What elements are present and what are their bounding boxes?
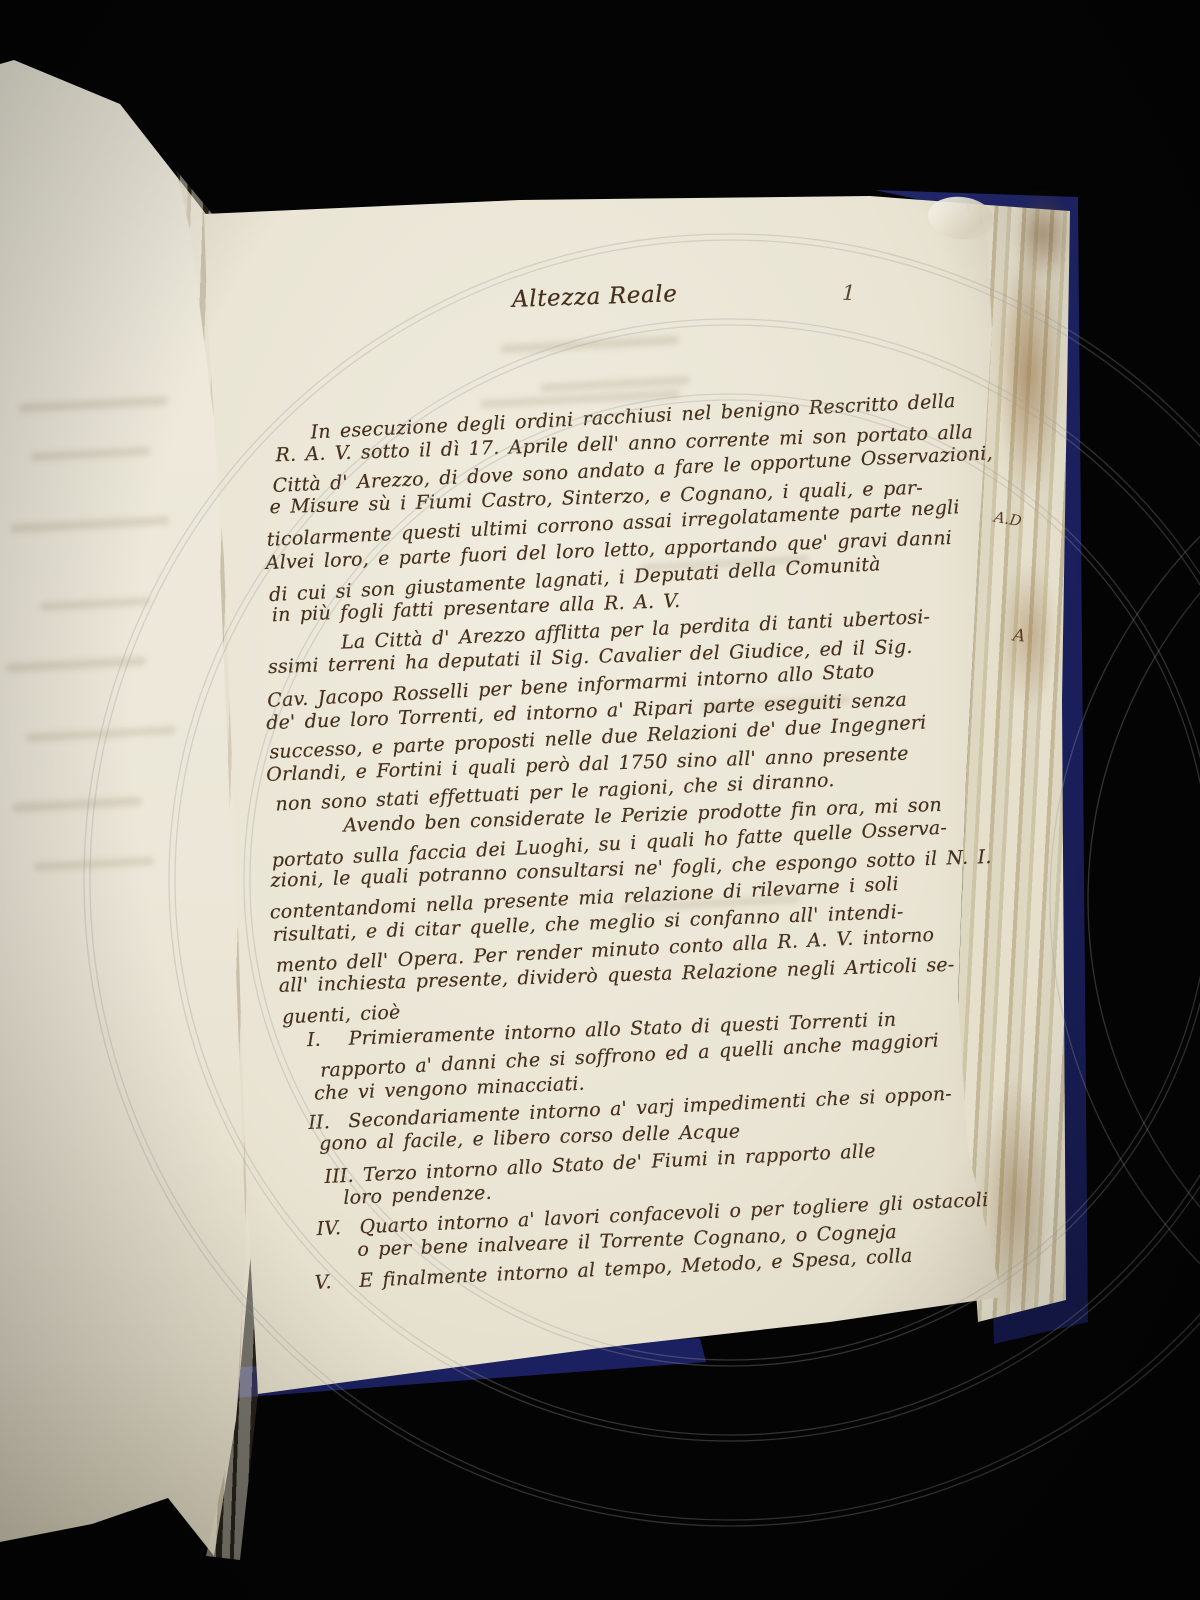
folio-number: 1 (842, 281, 856, 305)
manuscript-photo: Altezza Reale 1 In esecuzione degli ordi… (0, 0, 1200, 1600)
edge-annotation: A (1012, 625, 1026, 646)
water-stain (1015, 190, 1070, 280)
manuscript-text-block: In esecuzione degli ordini racchiusi nel… (272, 388, 1047, 1295)
